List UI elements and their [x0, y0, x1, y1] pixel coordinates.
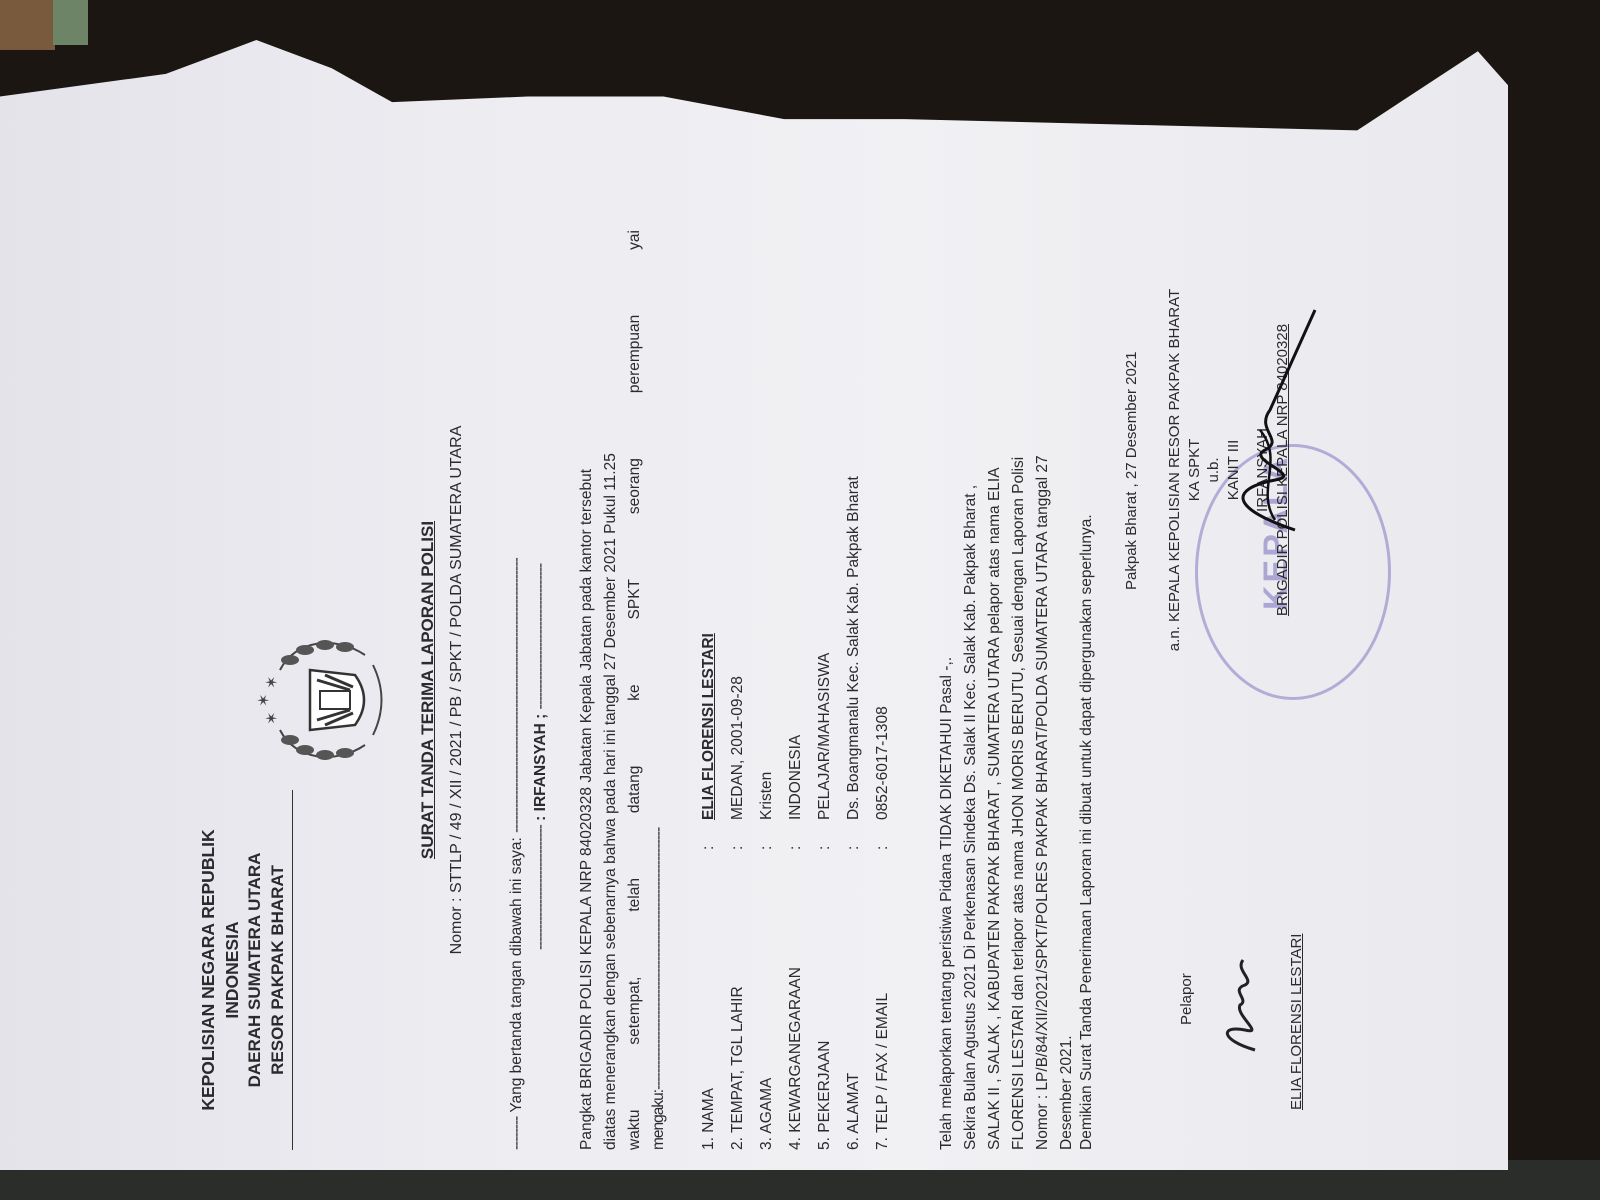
field-colon: :: [726, 820, 750, 850]
field-colon: :: [784, 820, 808, 850]
report-line: SALAK II , SALAK , KABUPATEN PAKPAK BHAR…: [983, 230, 1007, 1150]
word: setempat,: [623, 977, 647, 1045]
closing-statement: Demikian Surat Tanda Penerimaan Laporan …: [1075, 230, 1099, 1150]
field-label: 4. KEWARGANEGARAAN: [784, 850, 808, 1150]
word: perempuan: [623, 315, 647, 393]
background-green-object: [53, 0, 88, 45]
letterhead-line-1: KEPOLISIAN NEGARA REPUBLIK INDONESIA: [197, 790, 244, 1150]
letterhead-line-3: RESOR PAKPAK BHARAT: [267, 790, 290, 1150]
paragraph-line-justified: waktu setempat, telah datang ke SPKT seo…: [623, 230, 647, 1150]
field-label: 3. AGAMA: [755, 850, 779, 1150]
place-date: Pakpak Bharat , 27 Desember 2021: [1120, 352, 1143, 590]
officer-title-line: a.n. KEPALA KEPOLISIAN RESOR PAKPAK BHAR…: [1165, 250, 1185, 690]
paragraph-line: diatas menerangkan dengan sebenarnya bah…: [599, 230, 623, 1150]
paragraph-line: mengaku:--------------------------------…: [647, 230, 671, 1150]
intro-text: Yang bertanda tangan dibawah ini saya:: [508, 837, 525, 1112]
word: seorang: [623, 458, 647, 514]
field-value: Ds. Boangmanalu Kec. Salak Kab. Pakpak B…: [842, 230, 866, 820]
svg-text:✶: ✶: [256, 694, 273, 707]
dash-line: ------------------------------: [532, 825, 549, 950]
report-paragraph: Telah melaporkan tentang peristiwa Pidan…: [935, 230, 1079, 1150]
word: SPKT: [623, 579, 647, 619]
field-label: 6. ALAMAT: [842, 850, 866, 1150]
police-emblem-icon: ✶ ✶ ✶: [255, 625, 395, 775]
field-row-pekerjaan: 5. PEKERJAAN : PELAJAR/MAHASISWA: [811, 230, 840, 1150]
svg-text:✶: ✶: [264, 712, 281, 725]
report-line: Nomor : LP/B/84/XII/2021/SPKT/POLRES PAK…: [1031, 230, 1055, 1150]
document-number: Nomor : STTLP / 49 / XII / 2021 / PB / S…: [445, 210, 470, 1170]
field-row-agama: 3. AGAMA : Kristen: [753, 230, 782, 1150]
field-row-alamat: 6. ALAMAT : Ds. Boangmanalu Kec. Salak K…: [840, 230, 869, 1150]
letterhead: KEPOLISIAN NEGARA REPUBLIK INDONESIA DAE…: [197, 790, 293, 1150]
field-colon: :: [755, 820, 779, 850]
field-value: MEDAN, 2001-09-28: [726, 230, 750, 820]
reporter-signature-icon: [1215, 950, 1275, 1060]
field-value: ELIA FLORENSI LESTARI: [697, 230, 721, 820]
intro-statement: -------- Yang bertanda tangan dibawah in…: [505, 230, 553, 1150]
field-row-tempat-tgl-lahir: 2. TEMPAT, TGL LAHIR : MEDAN, 2001-09-28: [724, 230, 753, 1150]
document-title-block: SURAT TANDA TERIMA LAPORAN POLISI Nomor …: [415, 210, 470, 1170]
word: waktu: [623, 1110, 647, 1151]
field-value: 0852-6017-1308: [871, 230, 895, 820]
field-value: PELAJAR/MAHASISWA: [813, 230, 837, 820]
reporter-name: ELIA FLORENSI LESTARI: [1285, 934, 1308, 1110]
field-colon: :: [871, 820, 895, 850]
officer-name: : IRFANSYAH ;: [532, 714, 549, 821]
letterhead-line-2: DAERAH SUMATERA UTARA: [244, 790, 267, 1150]
paper-sheet: KEPOLISIAN NEGARA REPUBLIK INDONESIA DAE…: [0, 40, 1508, 1170]
letterhead-rule: [292, 790, 293, 1150]
reporter-role: Pelapor: [1175, 973, 1198, 1025]
field-row-kewarganegaraan: 4. KEWARGANEGARAAN : INDONESIA: [782, 230, 811, 1150]
field-label: 2. TEMPAT, TGL LAHIR: [726, 850, 750, 1150]
dash-line: -----------------------------------: [532, 564, 549, 710]
word: datang: [623, 766, 647, 813]
document-title: SURAT TANDA TERIMA LAPORAN POLISI: [415, 210, 441, 1170]
field-row-nama: 1. NAMA : ELIA FLORENSI LESTARI: [695, 230, 724, 1150]
word: ke: [623, 684, 647, 700]
field-value: Kristen: [755, 230, 779, 820]
field-value: INDONESIA: [784, 230, 808, 820]
report-line: FLORENSI LESTARI dan terlapor atas nama …: [1007, 230, 1031, 1150]
statement-paragraph: Pangkat BRIGADIR POLISI KEPALA NRP 84020…: [575, 230, 671, 1150]
background-wood: [0, 0, 55, 50]
paragraph-line: Pangkat BRIGADIR POLISI KEPALA NRP 84020…: [575, 230, 599, 1150]
field-label: 5. PEKERJAAN: [813, 850, 837, 1150]
field-label: 7. TELP / FAX / EMAIL: [871, 850, 895, 1150]
field-label: 1. NAMA: [697, 850, 721, 1150]
field-colon: :: [842, 820, 866, 850]
field-colon: :: [697, 820, 721, 850]
field-colon: :: [813, 820, 837, 850]
word: telah: [623, 878, 647, 912]
field-row-telp: 7. TELP / FAX / EMAIL : 0852-6017-1308: [869, 230, 898, 1150]
dash-line: --------: [508, 1117, 525, 1150]
officer-signature-icon: [1215, 300, 1325, 550]
report-line: Telah melaporkan tentang peristiwa Pidan…: [935, 230, 959, 1150]
report-line: Sekira Bulan Agustus 2021 Di Perkenasan …: [959, 230, 983, 1150]
svg-text:✶: ✶: [264, 676, 281, 689]
dash-line: ----------------------------------------…: [508, 558, 525, 833]
reporter-fields: 1. NAMA : ELIA FLORENSI LESTARI 2. TEMPA…: [695, 230, 898, 1150]
document-content: KEPOLISIAN NEGARA REPUBLIK INDONESIA DAE…: [175, 210, 1435, 1170]
officer-title-line: KA SPKT: [1185, 250, 1205, 690]
word: yai: [623, 230, 647, 250]
